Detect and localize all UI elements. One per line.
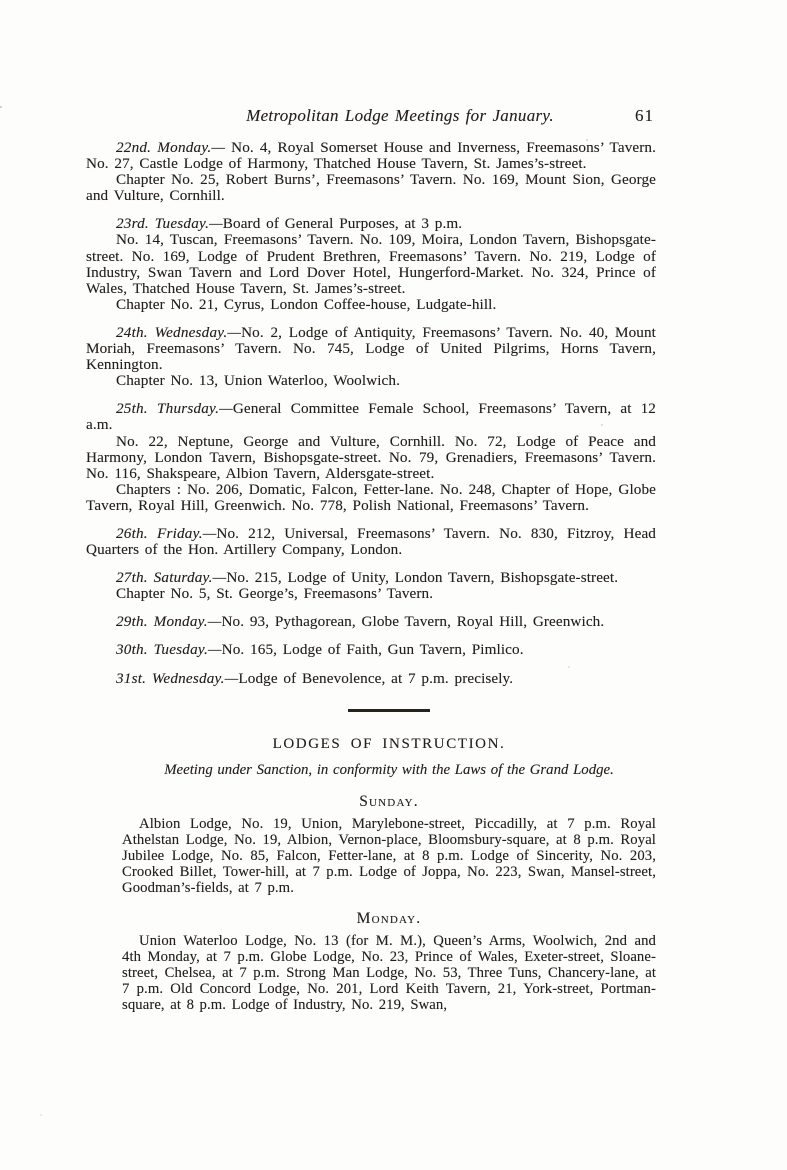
page-title: Metropolitan Lodge Meetings for January. <box>115 106 685 126</box>
meeting-paragraph: Chapter No. 5, St. George’s, Freemasons’… <box>86 586 656 602</box>
meeting-text: No. 22, Neptune, George and Vulture, Cor… <box>86 433 656 482</box>
meeting-paragraph: 22nd. Monday.— No. 4, Royal Somerset Hou… <box>86 140 656 172</box>
meeting-text: Chapter No. 5, St. George’s, Freemasons’… <box>116 585 433 602</box>
meeting-date-lead: 26th. Friday.— <box>116 525 216 542</box>
meeting-paragraph: Chapter No. 25, Robert Burns’, Freemason… <box>86 172 656 204</box>
meeting-text: No. 215, Lodge of Unity, London Tavern, … <box>226 569 618 586</box>
meeting-paragraph: No. 14, Tuscan, Freemasons’ Tavern. No. … <box>86 232 656 296</box>
meeting-text: Chapter No. 21, Cyrus, London Coffee-hou… <box>116 296 496 313</box>
meeting-paragraph: 23rd. Tuesday.—Board of General Purposes… <box>86 216 656 232</box>
meeting-paragraph: 29th. Monday.—No. 93, Pythagorean, Globe… <box>86 614 656 630</box>
meeting-day-group: 26th. Friday.—No. 212, Universal, Freema… <box>86 526 656 558</box>
scanned-document-page: Metropolitan Lodge Meetings for January.… <box>0 0 787 1170</box>
day-heading-monday: Monday. <box>122 910 656 928</box>
scan-speckle <box>0 106 2 108</box>
meeting-paragraph: 24th. Wednesday.—No. 2, Lodge of Antiqui… <box>86 325 656 373</box>
instruction-heading: LODGES OF INSTRUCTION. <box>122 736 656 753</box>
meeting-day-group: 30th. Tuesday.—No. 165, Lodge of Faith, … <box>86 642 656 658</box>
page-number: 61 <box>635 106 654 126</box>
instruction-text: Albion Lodge, No. 19, Union, Marylebone-… <box>122 816 656 896</box>
meeting-paragraph: 27th. Saturday.—No. 215, Lodge of Unity,… <box>86 570 656 586</box>
meeting-day-group: 25th. Thursday.—General Committee Female… <box>86 401 656 514</box>
instruction-subtitle: Meeting under Sanction, in conformity wi… <box>122 762 656 779</box>
meeting-date-lead: 24th. Wednesday.— <box>116 324 241 341</box>
meeting-text: Chapter No. 13, Union Waterloo, Woolwich… <box>116 372 400 389</box>
meeting-text: Chapter No. 25, Robert Burns’, Freemason… <box>86 171 656 204</box>
meeting-paragraph: 31st. Wednesday.—Lodge of Benevolence, a… <box>86 671 656 687</box>
section-divider-rule <box>348 709 430 712</box>
meeting-date-lead: 30th. Tuesday.— <box>116 641 222 658</box>
meeting-date-lead: 31st. Wednesday.— <box>116 670 238 687</box>
meeting-paragraph: No. 22, Neptune, George and Vulture, Cor… <box>86 434 656 482</box>
meetings-section: 22nd. Monday.— No. 4, Royal Somerset Hou… <box>86 140 656 687</box>
meeting-paragraph: Chapters : No. 206, Domatic, Falcon, Fet… <box>86 482 656 514</box>
meeting-text: No. 165, Lodge of Faith, Gun Tavern, Pim… <box>222 641 524 658</box>
meeting-paragraph: 30th. Tuesday.—No. 165, Lodge of Faith, … <box>86 642 656 658</box>
meeting-paragraph: Chapter No. 21, Cyrus, London Coffee-hou… <box>86 297 656 313</box>
lodges-of-instruction-section: LODGES OF INSTRUCTION. Meeting under San… <box>86 709 656 1014</box>
meeting-date-lead: 23rd. Tuesday.— <box>116 215 223 232</box>
meeting-text: Board of General Purposes, at 3 p.m. <box>223 215 462 232</box>
meeting-date-lead: 29th. Monday.— <box>116 613 221 630</box>
meeting-day-group: 27th. Saturday.—No. 215, Lodge of Unity,… <box>86 570 656 602</box>
meeting-day-group: 23rd. Tuesday.—Board of General Purposes… <box>86 216 656 313</box>
meeting-text: Chapters : No. 206, Domatic, Falcon, Fet… <box>86 481 656 514</box>
meeting-date-lead: 27th. Saturday.— <box>116 569 226 586</box>
instruction-paragraph: Albion Lodge, No. 19, Union, Marylebone-… <box>122 816 656 896</box>
meeting-day-group: 24th. Wednesday.—No. 2, Lodge of Antiqui… <box>86 325 656 389</box>
meeting-date-lead: 25th. Thursday.— <box>116 400 233 417</box>
meeting-paragraph: 25th. Thursday.—General Committee Female… <box>86 401 656 433</box>
meeting-paragraph: 26th. Friday.—No. 212, Universal, Freema… <box>86 526 656 558</box>
meeting-text: No. 14, Tuscan, Freemasons’ Tavern. No. … <box>86 231 656 296</box>
meeting-day-group: 22nd. Monday.— No. 4, Royal Somerset Hou… <box>86 140 656 204</box>
meeting-text: Lodge of Benevolence, at 7 p.m. precisel… <box>238 670 513 687</box>
meeting-paragraph: Chapter No. 13, Union Waterloo, Woolwich… <box>86 373 656 389</box>
meeting-date-lead: 22nd. Monday.— <box>116 139 225 156</box>
meeting-text: No. 93, Pythagorean, Globe Tavern, Royal… <box>221 613 604 630</box>
day-heading-sunday: Sunday. <box>122 793 656 811</box>
instruction-text: Union Waterloo Lodge, No. 13 (for M. M.)… <box>122 933 656 1013</box>
meeting-day-group: 29th. Monday.—No. 93, Pythagorean, Globe… <box>86 614 656 630</box>
running-head: Metropolitan Lodge Meetings for January.… <box>86 106 656 127</box>
instruction-paragraph: Union Waterloo Lodge, No. 13 (for M. M.)… <box>122 933 656 1013</box>
meeting-day-group: 31st. Wednesday.—Lodge of Benevolence, a… <box>86 671 656 687</box>
page-content: Metropolitan Lodge Meetings for January.… <box>86 106 656 1014</box>
